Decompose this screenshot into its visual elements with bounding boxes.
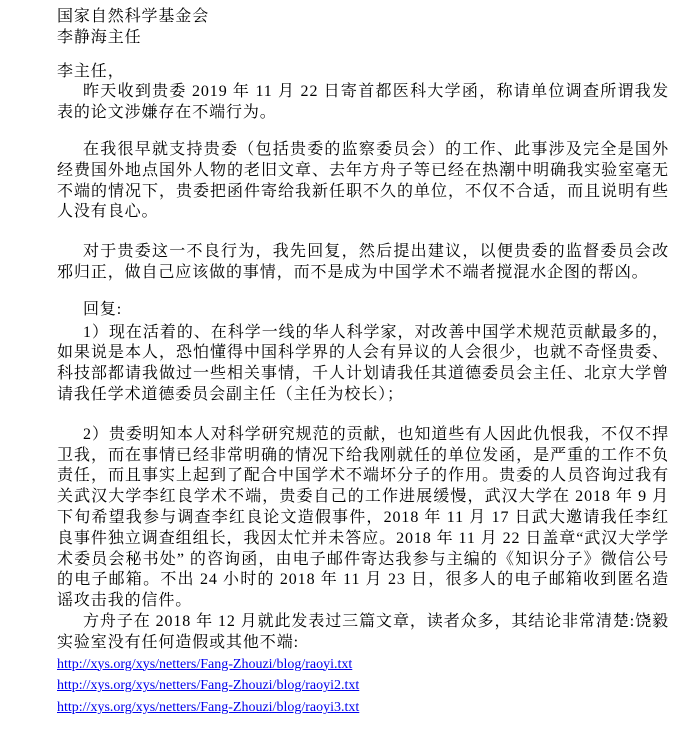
reply-label: 回复: bbox=[57, 300, 669, 321]
link-line-1: http://xys.org/xys/netters/Fang-Zhouzi/b… bbox=[57, 654, 669, 676]
reply-item-1: 1）现在活着的、在科学一线的华人科学家，对改善中国学术规范贡献最多的，如果说是本… bbox=[57, 323, 669, 406]
paragraph-received-letter: 昨天收到贵委 2019 年 11 月 22 日寄首都医科大学函，称请单位调查所谓… bbox=[57, 82, 669, 124]
reply-item-2: 2）贵委明知本人对科学研究规范的贡献，也知道些有人因此仇恨我，不仅不捍卫我，而在… bbox=[57, 425, 669, 612]
letter-document: 国家自然科学基金会 李静海主任 李主任， 昨天收到贵委 2019 年 11 月 … bbox=[57, 7, 669, 719]
raoyi-article-link-1[interactable]: http://xys.org/xys/netters/Fang-Zhouzi/b… bbox=[57, 657, 352, 672]
recipient-name: 李静海主任 bbox=[57, 28, 669, 49]
salutation: 李主任， bbox=[57, 62, 669, 83]
link-line-3: http://xys.org/xys/netters/Fang-Zhouzi/b… bbox=[57, 697, 669, 719]
paragraph-inappropriate-action: 在我很早就支持贵委（包括贵委的监察委员会）的工作、此事涉及完全是国外经费国外地点… bbox=[57, 140, 669, 223]
raoyi-article-link-2[interactable]: http://xys.org/xys/netters/Fang-Zhouzi/b… bbox=[57, 678, 359, 693]
paragraph-fangzhouzi-articles: 方舟子在 2018 年 12 月就此发表过三篇文章，读者众多，其结论非常清楚:饶… bbox=[57, 612, 669, 654]
raoyi-article-link-3[interactable]: http://xys.org/xys/netters/Fang-Zhouzi/b… bbox=[57, 700, 359, 715]
paragraph-intent-to-reply: 对于贵委这一不良行为，我先回复，然后提出建议，以便贵委的监督委员会改邪归正，做自… bbox=[57, 242, 669, 284]
recipient-org: 国家自然科学基金会 bbox=[57, 7, 669, 28]
link-line-2: http://xys.org/xys/netters/Fang-Zhouzi/b… bbox=[57, 675, 669, 697]
